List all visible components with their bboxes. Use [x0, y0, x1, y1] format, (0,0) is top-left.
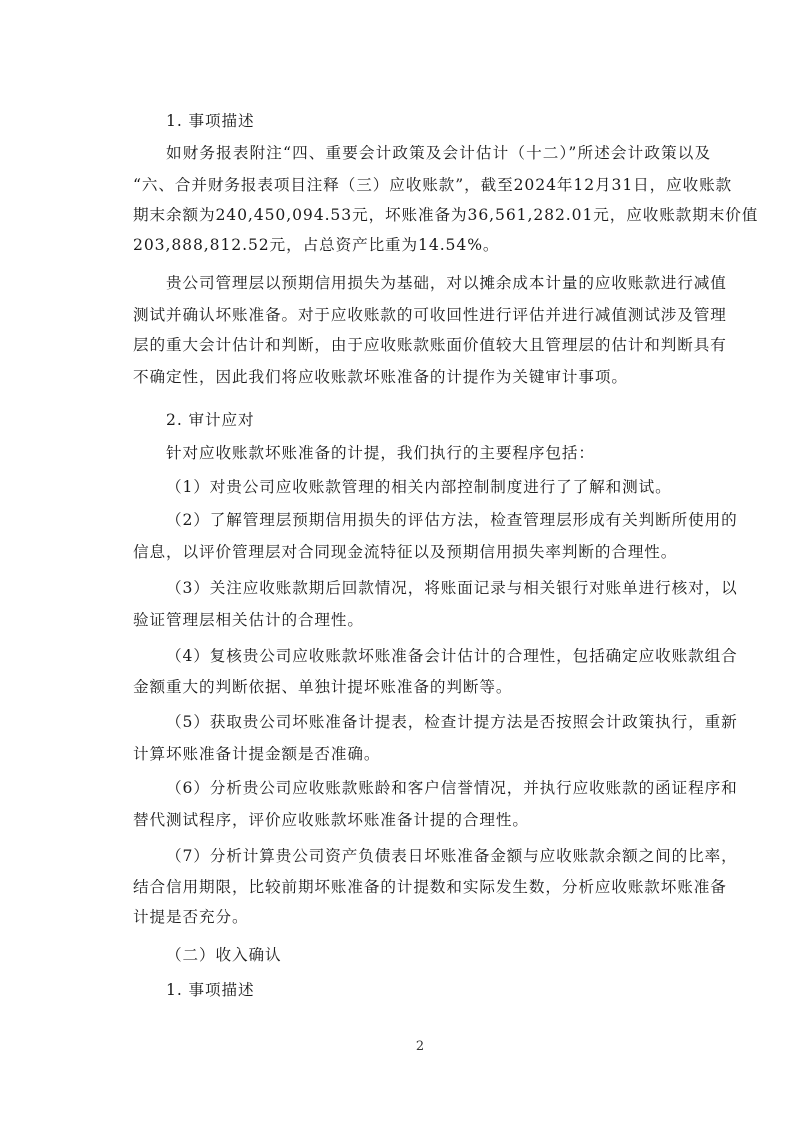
procedure-line: （4）复核贵公司应收账款坏账准备会计估计的合理性，包括确定应收账款组合 [166, 645, 711, 667]
procedure-line: （6）分析贵公司应收账款账龄和客户信誉情况，并执行应收账款的函证程序和 [166, 777, 711, 799]
procedure-line: 结合信用期限，比较前期坏账准备的计提数和实际发生数，分析应收账款坏账准备 [133, 876, 711, 898]
procedure-line: （7）分析计算贵公司资产负债表日坏账准备金额与应收账款余额之间的比率， [166, 845, 711, 867]
procedure-item-1: （1）对贵公司应收账款管理的相关内部控制制度进行了了解和测试。 [166, 476, 711, 498]
procedure-line: 验证管理层相关估计的合理性。 [133, 609, 711, 631]
procedure-line: （3）关注应收账款期后回款情况，将账面记录与相关银行对账单进行核对，以 [166, 577, 711, 599]
paragraph-line: “六、合并财务报表项目注释（三）应收账款”，截至2024年12月31日，应收账款 [133, 174, 711, 196]
paragraph-line: 如财务报表附注“四、重要会计政策及会计估计（十二）”所述会计政策以及 [166, 142, 711, 164]
section-heading-matter-description: 1. 事项描述 [166, 110, 711, 132]
paragraph-line: 层的重大会计估计和判断，由于应收账款账面价值较大且管理层的估计和判断具有 [133, 334, 711, 356]
paragraph-line: 测试并确认坏账准备。对于应收账款的可收回性进行评估并进行减值测试涉及管理 [133, 304, 711, 326]
paragraph-line: 不确定性，因此我们将应收账款坏账准备的计提作为关键审计事项。 [133, 366, 711, 388]
procedure-line: 替代测试程序，评价应收账款坏账准备计提的合理性。 [133, 809, 711, 831]
procedure-line: 计算坏账准备计提金额是否准确。 [133, 743, 711, 765]
page-number: 2 [410, 1038, 430, 1056]
procedures-intro: 针对应收账款坏账准备的计提，我们执行的主要程序包括： [166, 442, 711, 464]
subsection-heading-revenue-recognition: （二）收入确认 [166, 944, 711, 966]
section-heading-audit-response: 2. 审计应对 [166, 409, 711, 431]
paragraph-line: 期末余额为240,450,094.53元，坏账准备为36,561,282.01元… [133, 204, 711, 226]
document-page: 1. 事项描述 如财务报表附注“四、重要会计政策及会计估计（十二）”所述会计政策… [0, 0, 794, 1122]
procedure-line: （2）了解管理层预期信用损失的评估方法，检查管理层形成有关判断所使用的 [166, 509, 711, 531]
procedure-line: 信息，以评价管理层对合同现金流特征以及预期信用损失率判断的合理性。 [133, 541, 711, 563]
section-heading-matter-description-2: 1. 事项描述 [166, 979, 711, 1001]
procedure-line: （5）获取贵公司坏账准备计提表，检查计提方法是否按照会计政策执行，重新 [166, 711, 711, 733]
paragraph-line: 贵公司管理层以预期信用损失为基础，对以摊余成本计量的应收账款进行减值 [166, 272, 711, 294]
paragraph-line: 203,888,812.52元，占总资产比重为14.54%。 [133, 234, 711, 256]
procedure-line: 计提是否充分。 [133, 906, 711, 928]
procedure-line: 金额重大的判断依据、单独计提坏账准备的判断等。 [133, 676, 711, 698]
